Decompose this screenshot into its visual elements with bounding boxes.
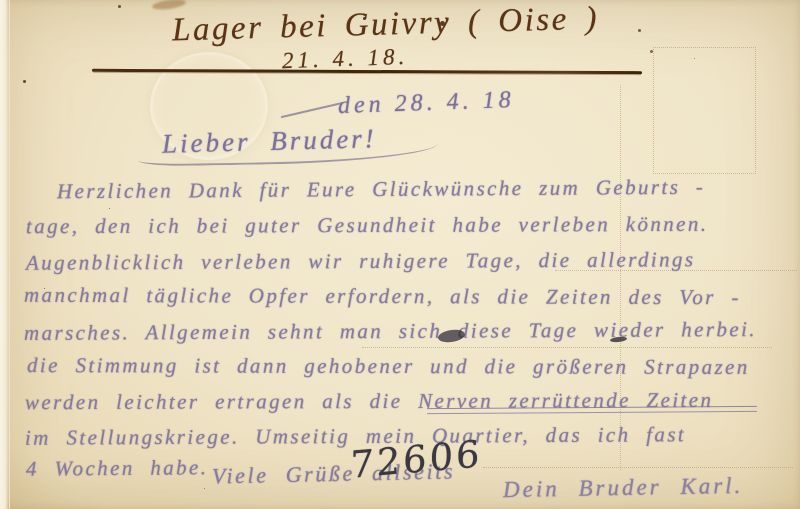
body-line: tage, den ich bei guter Gesundheit habe … <box>26 212 709 239</box>
header-location: Lager bei Guivry ( Oise ) <box>172 0 633 49</box>
emphasis-underline <box>427 406 757 414</box>
letter-date: den 28. 4. 18 <box>338 87 515 120</box>
paper-stain <box>152 0 187 11</box>
signature: Dein Bruder Karl. <box>503 473 744 503</box>
paper-specks <box>363 17 366 20</box>
stamp-box-outline <box>653 47 756 174</box>
address-guideline <box>483 467 793 468</box>
closing-weeks: 4 Wochen habe. <box>26 455 209 482</box>
pen-flourish <box>138 143 438 166</box>
postcard: Lager bei Guivry ( Oise ) 21. 4. 18. den… <box>0 0 800 509</box>
body-line: marsches. Allgemein sehnt man sich diese… <box>24 317 757 346</box>
body-line: die Stimmung ist dann gehobener und die … <box>27 353 750 380</box>
pen-flourish <box>281 102 344 118</box>
body-line: Herzlichen Dank für Eure Glückwünsche zu… <box>57 175 705 205</box>
body-line: manchmal tägliche Opfer erfordern, als d… <box>24 283 741 311</box>
address-guideline <box>362 347 772 348</box>
body-line: Augenblicklich verleben wir ruhigere Tag… <box>26 247 696 276</box>
paper-edge <box>0 0 10 509</box>
